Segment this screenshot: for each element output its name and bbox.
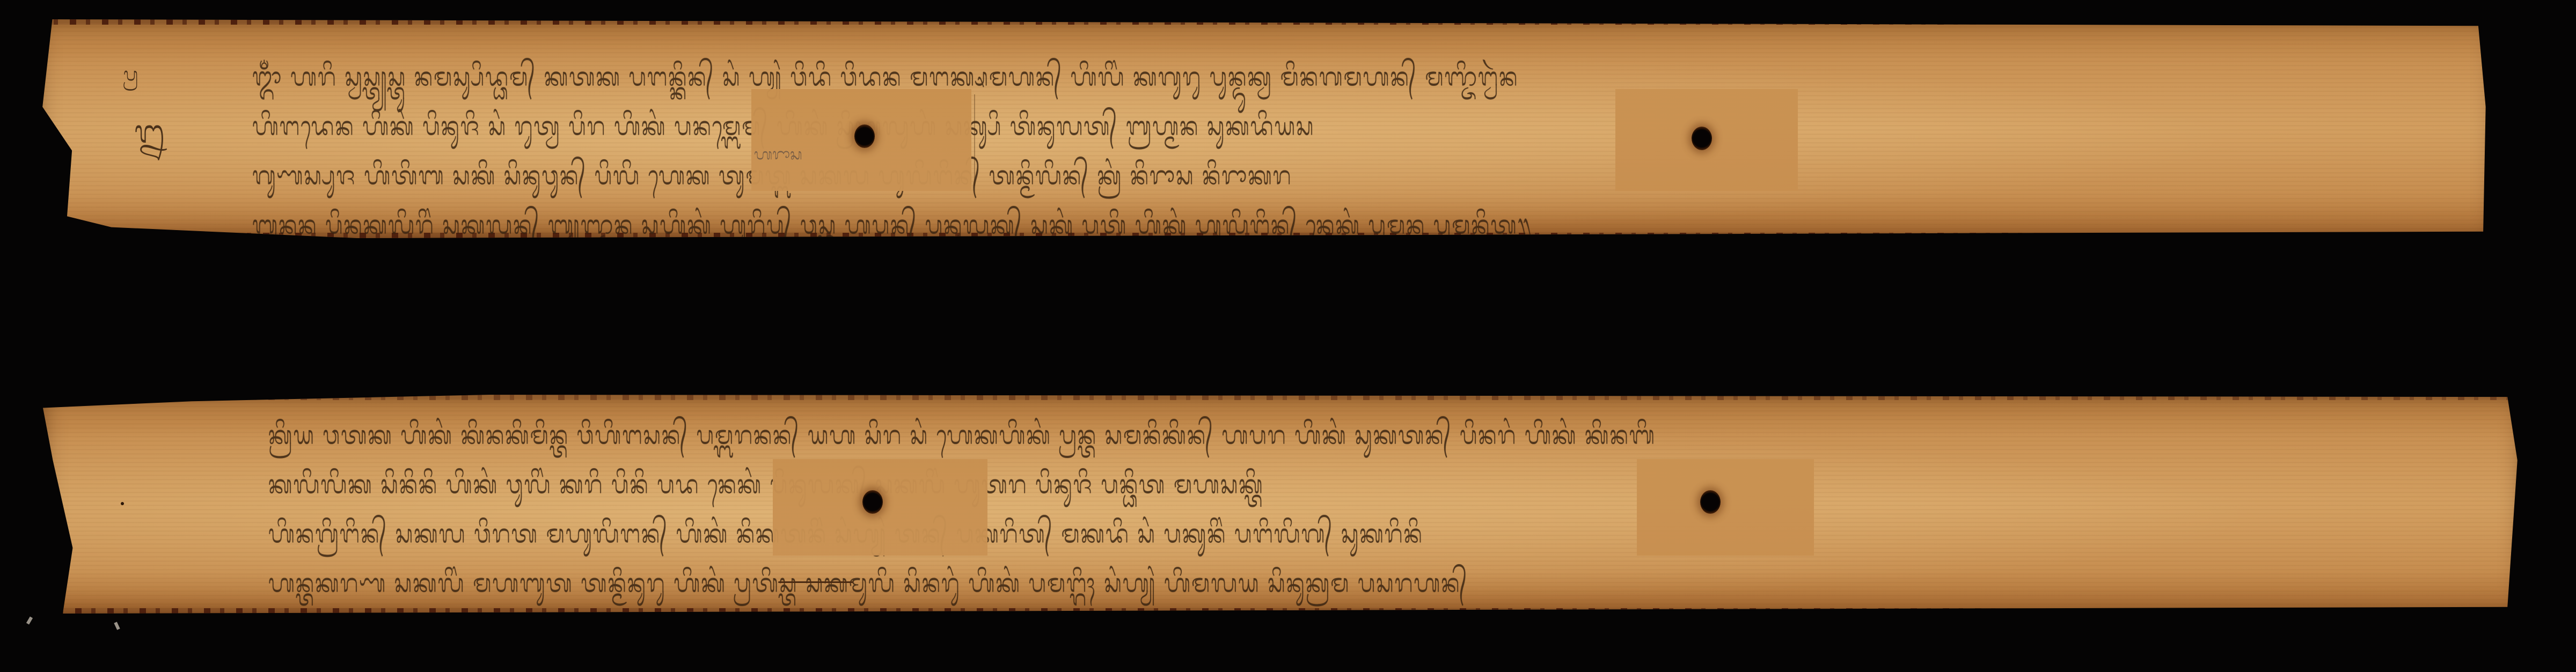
text-block: ᬓ᭄ᬭᬶᬬ ᬯᬢᬓ ᬳᬶᬓᬂ ᬓᬶᬦᬓᬶᬫᬶᬦ᭄ᬢ ᬯᬶᬳᬶᬗᬲᬦ᭄ ᬧᬫ᭄ᬩᬭ… bbox=[268, 411, 2351, 608]
leaf-edge-bottom bbox=[43, 608, 2522, 614]
text-block: ᬒᬁ ᬳᬭᬶ ᬲ᭄ᬯᬲ᭄ᬢ᭄ᬬᬲ᭄ᬢᬸ ᬦᬫᬲ᭄ᬲᬶᬤ᭄ᬥᬫ᭄ ᬓᬢᬓ ᬧᬗᬦ᭄… bbox=[252, 53, 2334, 250]
leaf-edge-top bbox=[43, 395, 2522, 400]
column-divider bbox=[974, 94, 975, 186]
palm-leaf-bottom: ᬓ᭄ᬭᬶᬬ ᬯᬢᬓ ᬳᬶᬓᬂ ᬓᬶᬦᬓᬶᬫᬶᬦ᭄ᬢ ᬯᬶᬳᬶᬗᬲᬦ᭄ ᬧᬫ᭄ᬩᬭ… bbox=[43, 395, 2522, 614]
leaf-edge-top bbox=[38, 19, 2495, 25]
binding-hole bbox=[1700, 490, 1721, 514]
text-line: ᬳᬶᬗᬤᬾᬦ ᬳᬶᬓᬂ ᬧᬶᬦᬸᬚᬶ ᬲᬂ ᬭᬸᬢ᭄ᬯ ᬧᬶᬭ ᬳᬶᬓᬂ ᬧᬦᬫ… bbox=[252, 102, 2334, 151]
text-line: ᬓ᭄ᬭᬶᬬ ᬯᬢᬓ ᬳᬶᬓᬂ ᬓᬶᬦᬓᬶᬫᬶᬦ᭄ᬢ ᬯᬶᬳᬶᬗᬲᬦ᭄ ᬧᬫ᭄ᬩᬭ… bbox=[268, 411, 2351, 460]
underline-mark bbox=[778, 581, 853, 583]
text-line: ᬳᬶᬦᬕ᭄ᬭᬶᬗᬶᬦ᭄ ᬲᬓᬮ ᬯᬶᬭᬢ ᬫᬳᬸᬮᬶᬗᬦ᭄ ᬳᬶᬓᬂ ᬦᬶᬓᬢᬦ… bbox=[268, 509, 2351, 559]
faint-overwritten-mark: ᬳᬭᬵᬲ bbox=[754, 144, 802, 171]
margin-label: ᬧ᭄ᬭ bbox=[123, 62, 138, 87]
background-speck bbox=[26, 616, 33, 624]
background-speck bbox=[114, 622, 120, 630]
ink-dot bbox=[121, 502, 124, 505]
binding-hole bbox=[862, 490, 883, 514]
margin-page-number: ᭒ bbox=[134, 110, 165, 153]
text-line: ᬒᬁ ᬳᬭᬶ ᬲ᭄ᬯᬲ᭄ᬢ᭄ᬬᬲ᭄ᬢᬸ ᬦᬫᬲ᭄ᬲᬶᬤ᭄ᬥᬫ᭄ ᬓᬢᬓ ᬧᬗᬦ᭄… bbox=[252, 53, 2334, 102]
binding-hole bbox=[1692, 127, 1712, 150]
text-line: ᬕᬸᬡᬲ᭄ᬧᬸᬚ ᬳᬶᬢᬶᬩ ᬲᬓᬶ ᬲᬶᬦᬸᬯᬸᬦ᭄ ᬧᬶᬮᬶ ᬳᬾᬓ ᬢᬸᬫ… bbox=[252, 151, 2334, 201]
text-line: ᬩᬸᬦ᭄ᬤ᭄ᬯᬦ ᬧᬶᬦᬓᬮᬶᬭᬶᬂ ᬲᬓᬮᬦ᭄ ᬩ᭄ᬬᬜ᭄ᬚᬦ ᬲᬳᬶᬓᬂ ᬳ… bbox=[252, 201, 2334, 250]
palm-leaf-top: ᬧ᭄ᬭ ᭒ ᬒᬁ ᬳᬭᬶ ᬲ᭄ᬯᬲ᭄ᬢ᭄ᬬᬲ᭄ᬢᬸ ᬦᬫᬲ᭄ᬲᬶᬤ᭄ᬥᬫ᭄ ᬓᬢ… bbox=[38, 19, 2495, 238]
text-line: ᬳᬦ᭄ᬢᬓᬭᬡ ᬲᬓᬮᬶᬂ ᬫᬳᬩᬸᬢ ᬢᬦ᭄ᬫᬶᬦᬸᬭᬸ ᬳᬶᬓᬂ ᬧ᭄ᬭᬢᬶ… bbox=[268, 559, 2351, 608]
binding-hole bbox=[854, 124, 875, 148]
hole-gap-right bbox=[1637, 459, 1814, 556]
text-line: ᬓᬮᬶᬮᬶᬓ ᬲᬶᬦᬶᬦᬶ ᬳᬶᬓᬂ ᬯᬸᬮᬶᬂ ᬓᬭᬶ ᬧᬶᬦᬶ ᬧᬤ ᬦᬾᬓ… bbox=[268, 460, 2351, 509]
